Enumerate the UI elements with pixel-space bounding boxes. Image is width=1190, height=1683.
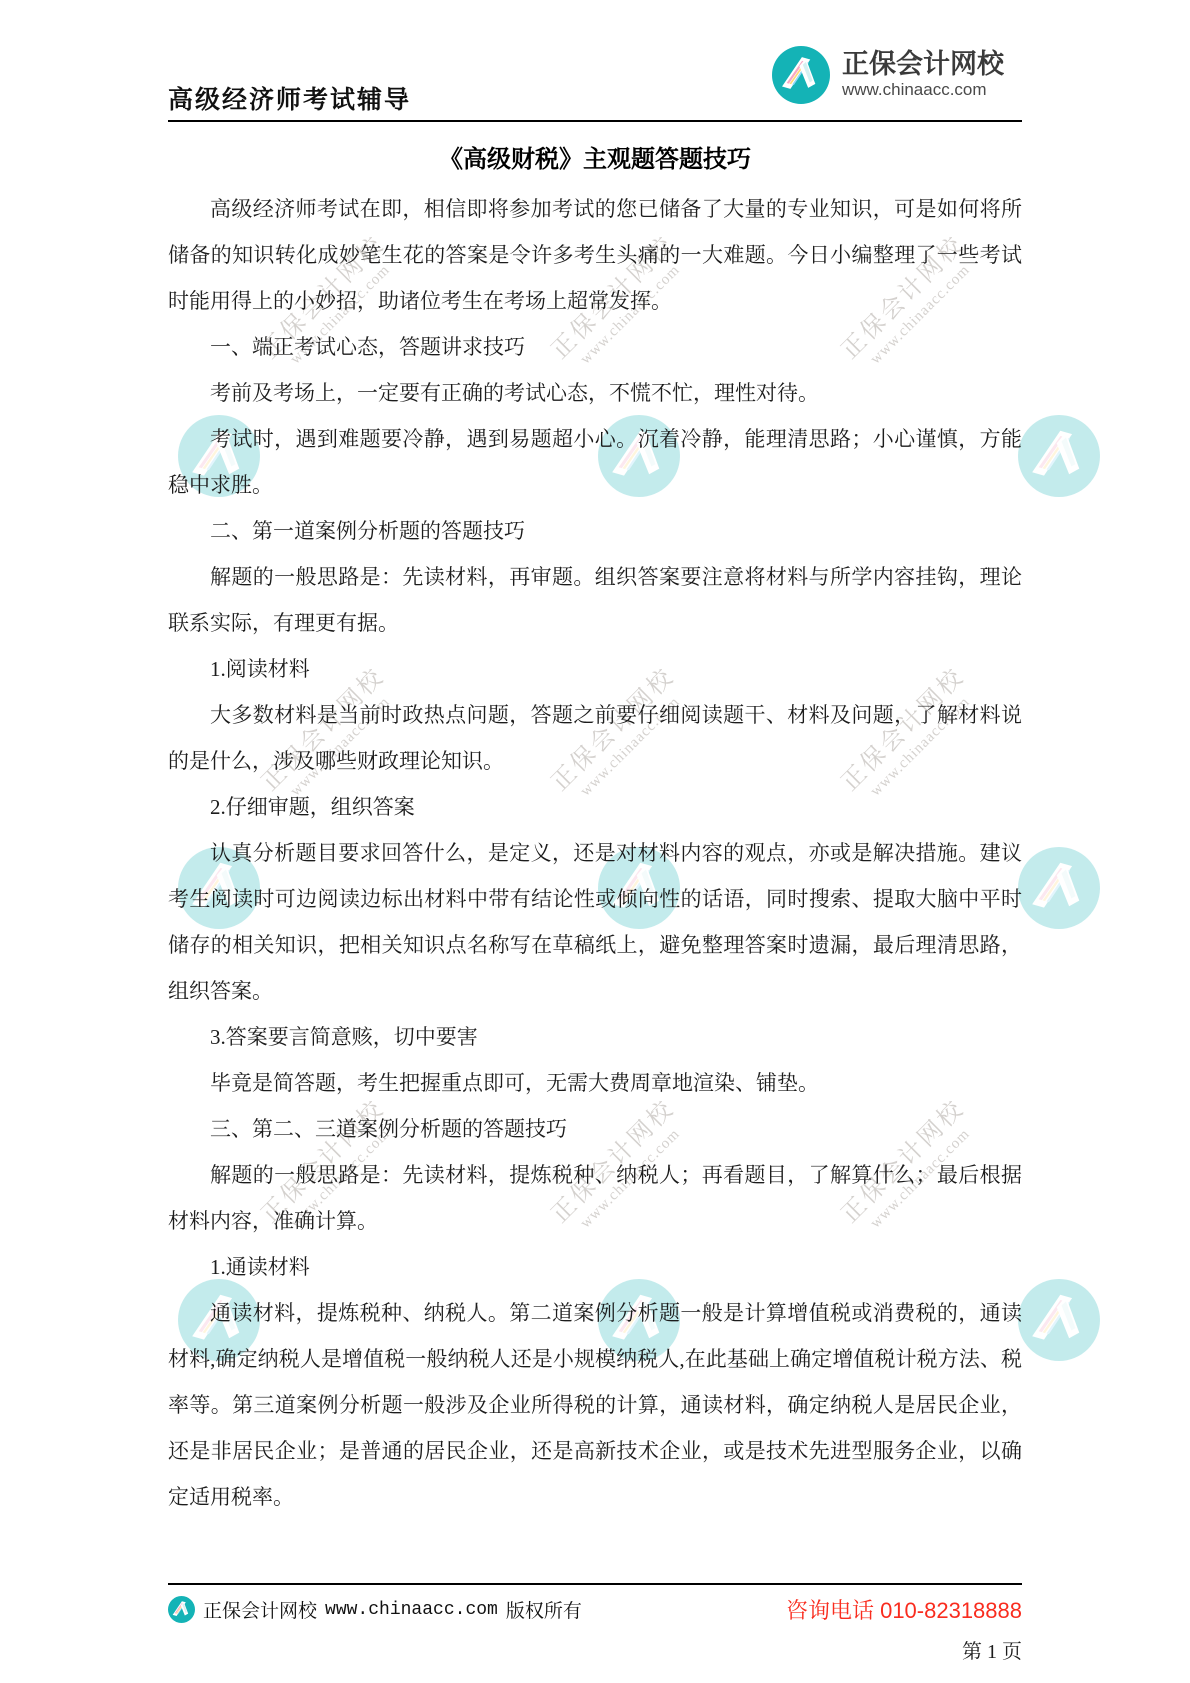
footer-divider xyxy=(168,1583,1022,1585)
doc-heading: 1.阅读材料 xyxy=(168,646,1022,692)
footer-copyright: 正保会计网校 www.chinaacc.com 版权所有 xyxy=(168,1596,582,1623)
footer-phone: 咨询电话 010-82318888 xyxy=(786,1594,1022,1625)
brand-name: 正保会计网校 xyxy=(842,50,1004,80)
watermark-logo-icon xyxy=(1018,415,1100,497)
doc-body: 高级经济师考试在即，相信即将参加考试的您已储备了大量的专业知识，可是如何将所储备… xyxy=(168,186,1022,1520)
doc-paragraph: 大多数材料是当前时政热点问题，答题之前要仔细阅读题干、材料及问题，了解材料说的是… xyxy=(168,692,1022,784)
doc-paragraph: 高级经济师考试在即，相信即将参加考试的您已储备了大量的专业知识，可是如何将所储备… xyxy=(168,186,1022,324)
footer-rights: 版权所有 xyxy=(506,1596,582,1623)
doc-heading: 1.通读材料 xyxy=(168,1244,1022,1290)
doc-paragraph: 考前及考场上，一定要有正确的考试心态，不慌不忙，理性对待。 xyxy=(168,370,1022,416)
document-page: 正保会计网校www.chinaacc.com正保会计网校www.chinaacc… xyxy=(0,0,1190,1683)
footer-right: 咨询电话 010-82318888 第 1 页 xyxy=(786,1594,1022,1664)
doc-content: 《高级财税》主观题答题技巧 高级经济师考试在即，相信即将参加考试的您已储备了大量… xyxy=(168,140,1022,1520)
chinaacc-footer-logo-icon xyxy=(168,1596,195,1623)
watermark-logo-icon xyxy=(1018,1279,1100,1361)
phone-label: 咨询电话 xyxy=(786,1598,874,1623)
phone-number: 010-82318888 xyxy=(880,1598,1022,1623)
doc-heading: 3.答案要言简意赅，切中要害 xyxy=(168,1014,1022,1060)
doc-title: 《高级财税》主观题答题技巧 xyxy=(168,140,1022,180)
doc-paragraph: 解题的一般思路是：先读材料，提炼税种、纳税人；再看题目，了解算什么；最后根据材料… xyxy=(168,1152,1022,1244)
doc-heading: 二、第一道案例分析题的答题技巧 xyxy=(168,508,1022,554)
header-course-title: 高级经济师考试辅导 xyxy=(168,80,411,116)
brand-logo: 正保会计网校 www.chinaacc.com xyxy=(772,46,1004,104)
brand-url: www.chinaacc.com xyxy=(842,80,1004,100)
watermark-logo-icon xyxy=(1018,847,1100,929)
doc-heading: 一、端正考试心态，答题讲求技巧 xyxy=(168,324,1022,370)
page-number: 第 1 页 xyxy=(786,1635,1022,1664)
footer-brand: 正保会计网校 xyxy=(203,1596,317,1623)
doc-paragraph: 考试时，遇到难题要冷静，遇到易题超小心。沉着冷静，能理清思路；小心谨慎，方能稳中… xyxy=(168,416,1022,508)
doc-paragraph: 解题的一般思路是：先读材料，再审题。组织答案要注意将材料与所学内容挂钩，理论联系… xyxy=(168,554,1022,646)
doc-paragraph: 认真分析题目要求回答什么，是定义，还是对材料内容的观点，亦或是解决措施。建议考生… xyxy=(168,830,1022,1014)
brand-logo-text: 正保会计网校 www.chinaacc.com xyxy=(842,50,1004,100)
doc-paragraph: 毕竟是简答题，考生把握重点即可，无需大费周章地渲染、铺垫。 xyxy=(168,1060,1022,1106)
chinaacc-logo-icon xyxy=(772,46,830,104)
doc-heading: 2.仔细审题，组织答案 xyxy=(168,784,1022,830)
footer-url: www.chinaacc.com xyxy=(325,1600,498,1620)
doc-heading: 三、第二、三道案例分析题的答题技巧 xyxy=(168,1106,1022,1152)
header-divider xyxy=(168,120,1022,122)
doc-paragraph: 通读材料，提炼税种、纳税人。第二道案例分析题一般是计算增值税或消费税的，通读材料… xyxy=(168,1290,1022,1520)
